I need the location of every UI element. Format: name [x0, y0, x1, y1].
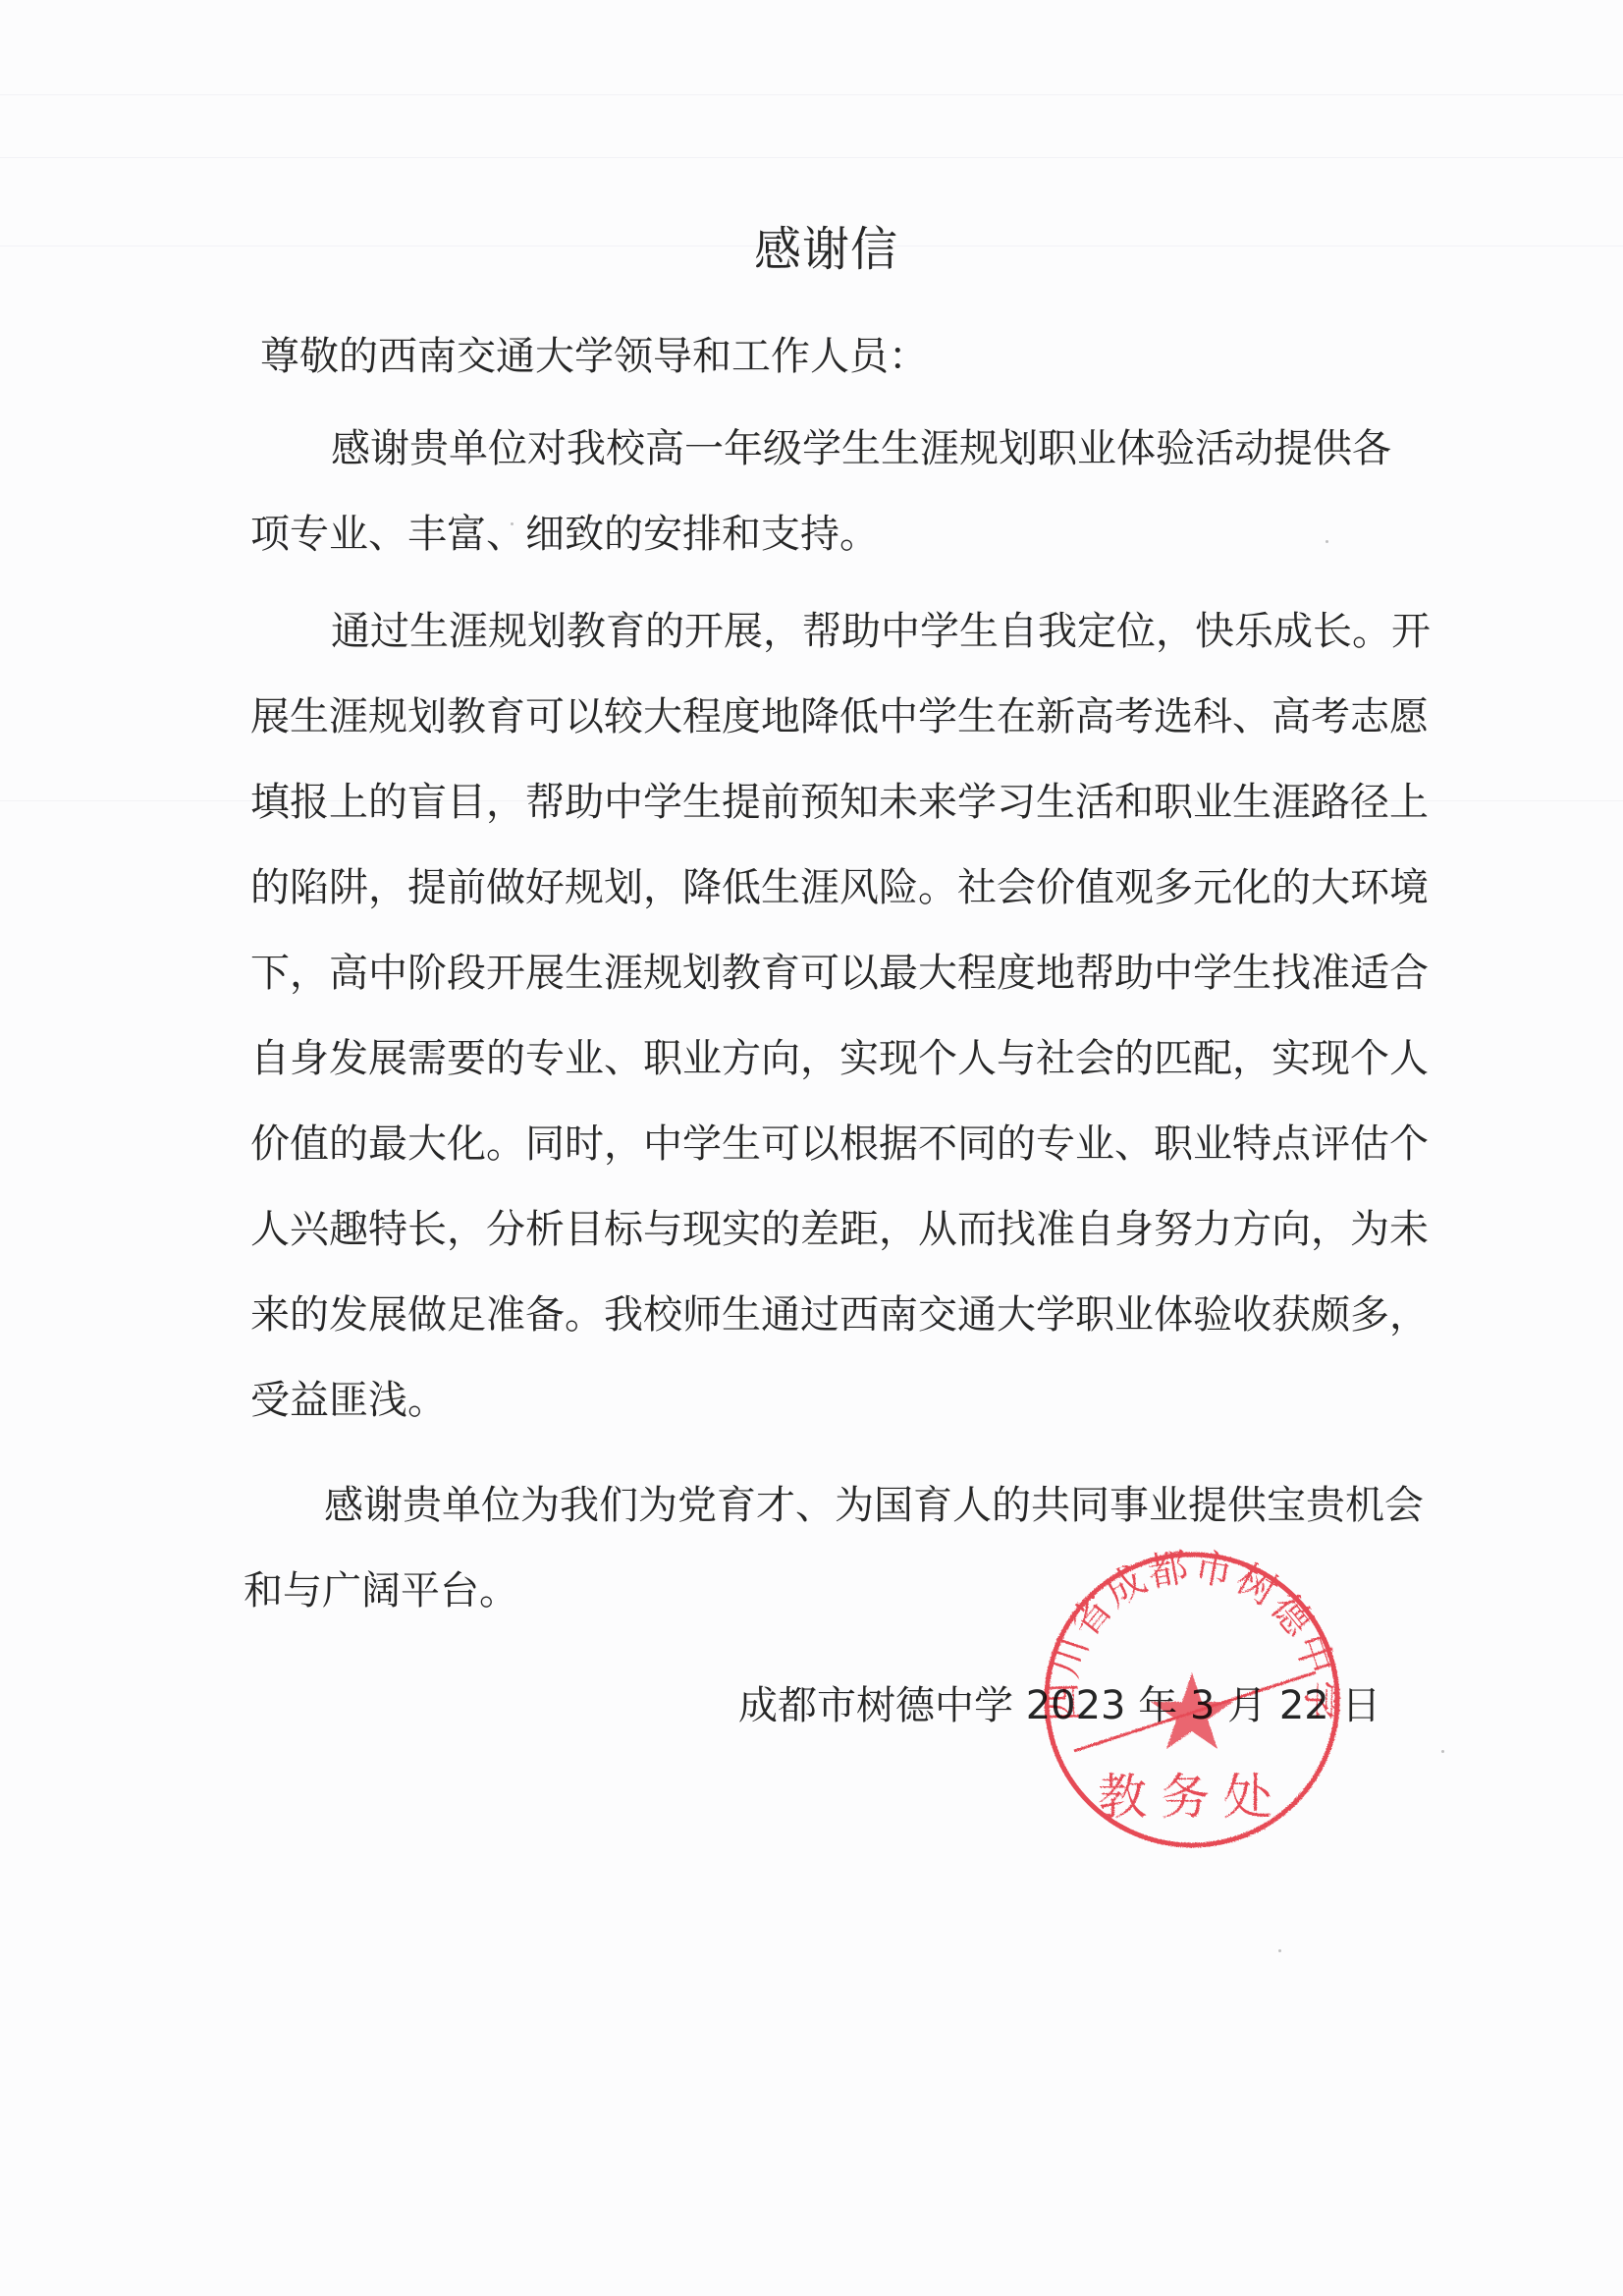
- text-line: 下，高中阶段开展生涯规划教育可以最大程度地帮助中学生找准适合: [250, 931, 1399, 1016]
- text-line: 人兴趣特长，分析目标与现实的差距，从而找准自身努力方向，为未: [250, 1187, 1399, 1273]
- seal-star: [1151, 1672, 1233, 1749]
- scan-speck: [1441, 1750, 1444, 1753]
- scan-artifact-line: [0, 94, 1623, 95]
- text-line: 受益匪浅。: [250, 1358, 1399, 1444]
- text-line: 项专业、丰富、细致的安排和支持。: [250, 492, 1399, 577]
- text-line: 感谢贵单位为我们为党育才、为国育人的共同事业提供宝贵机会: [243, 1463, 1392, 1549]
- text-line: 价值的最大化。同时，中学生可以根据不同的专业、职业特点评估个: [250, 1102, 1399, 1187]
- letter-title: 感谢信: [0, 222, 1623, 277]
- text-line: 自身发展需要的专业、职业方向，实现个人与社会的匹配，实现个人: [250, 1016, 1399, 1102]
- paragraph-2: 通过生涯规划教育的开展，帮助中学生自我定位，快乐成长。开 展生涯规划教育可以较大…: [250, 589, 1399, 1444]
- text-line: 感谢贵单位对我校高一年级学生生涯规划职业体验活动提供各: [250, 407, 1399, 492]
- text-line: 通过生涯规划教育的开展，帮助中学生自我定位，快乐成长。开: [250, 589, 1399, 675]
- text-line: 来的发展做足准备。我校师生通过西南交通大学职业体验收获颇多，: [250, 1273, 1399, 1358]
- text-line: 的陷阱，提前做好规划，降低生涯风险。社会价值观多元化的大环境: [250, 846, 1399, 931]
- scan-artifact-line: [0, 157, 1623, 158]
- text-line: 填报上的盲目，帮助中学生提前预知未来学习生活和职业生涯路径上: [250, 760, 1399, 846]
- seal-bottom-text: 教务处: [1098, 1769, 1286, 1826]
- letter-greeting: 尊敬的西南交通大学领导和工作人员：: [260, 334, 928, 379]
- text-line: 展生涯规划教育可以较大程度地降低中学生在新高考选科、高考志愿: [250, 675, 1399, 760]
- paragraph-1: 感谢贵单位对我校高一年级学生生涯规划职业体验活动提供各 项专业、丰富、细致的安排…: [250, 407, 1399, 577]
- scan-speck: [1278, 1949, 1281, 1952]
- scanned-letter-page: 感谢信 尊敬的西南交通大学领导和工作人员： 感谢贵单位对我校高一年级学生生涯规划…: [0, 0, 1623, 2296]
- official-seal-stamp-icon: 四川省成都市树德中学 教务处: [1039, 1547, 1345, 1853]
